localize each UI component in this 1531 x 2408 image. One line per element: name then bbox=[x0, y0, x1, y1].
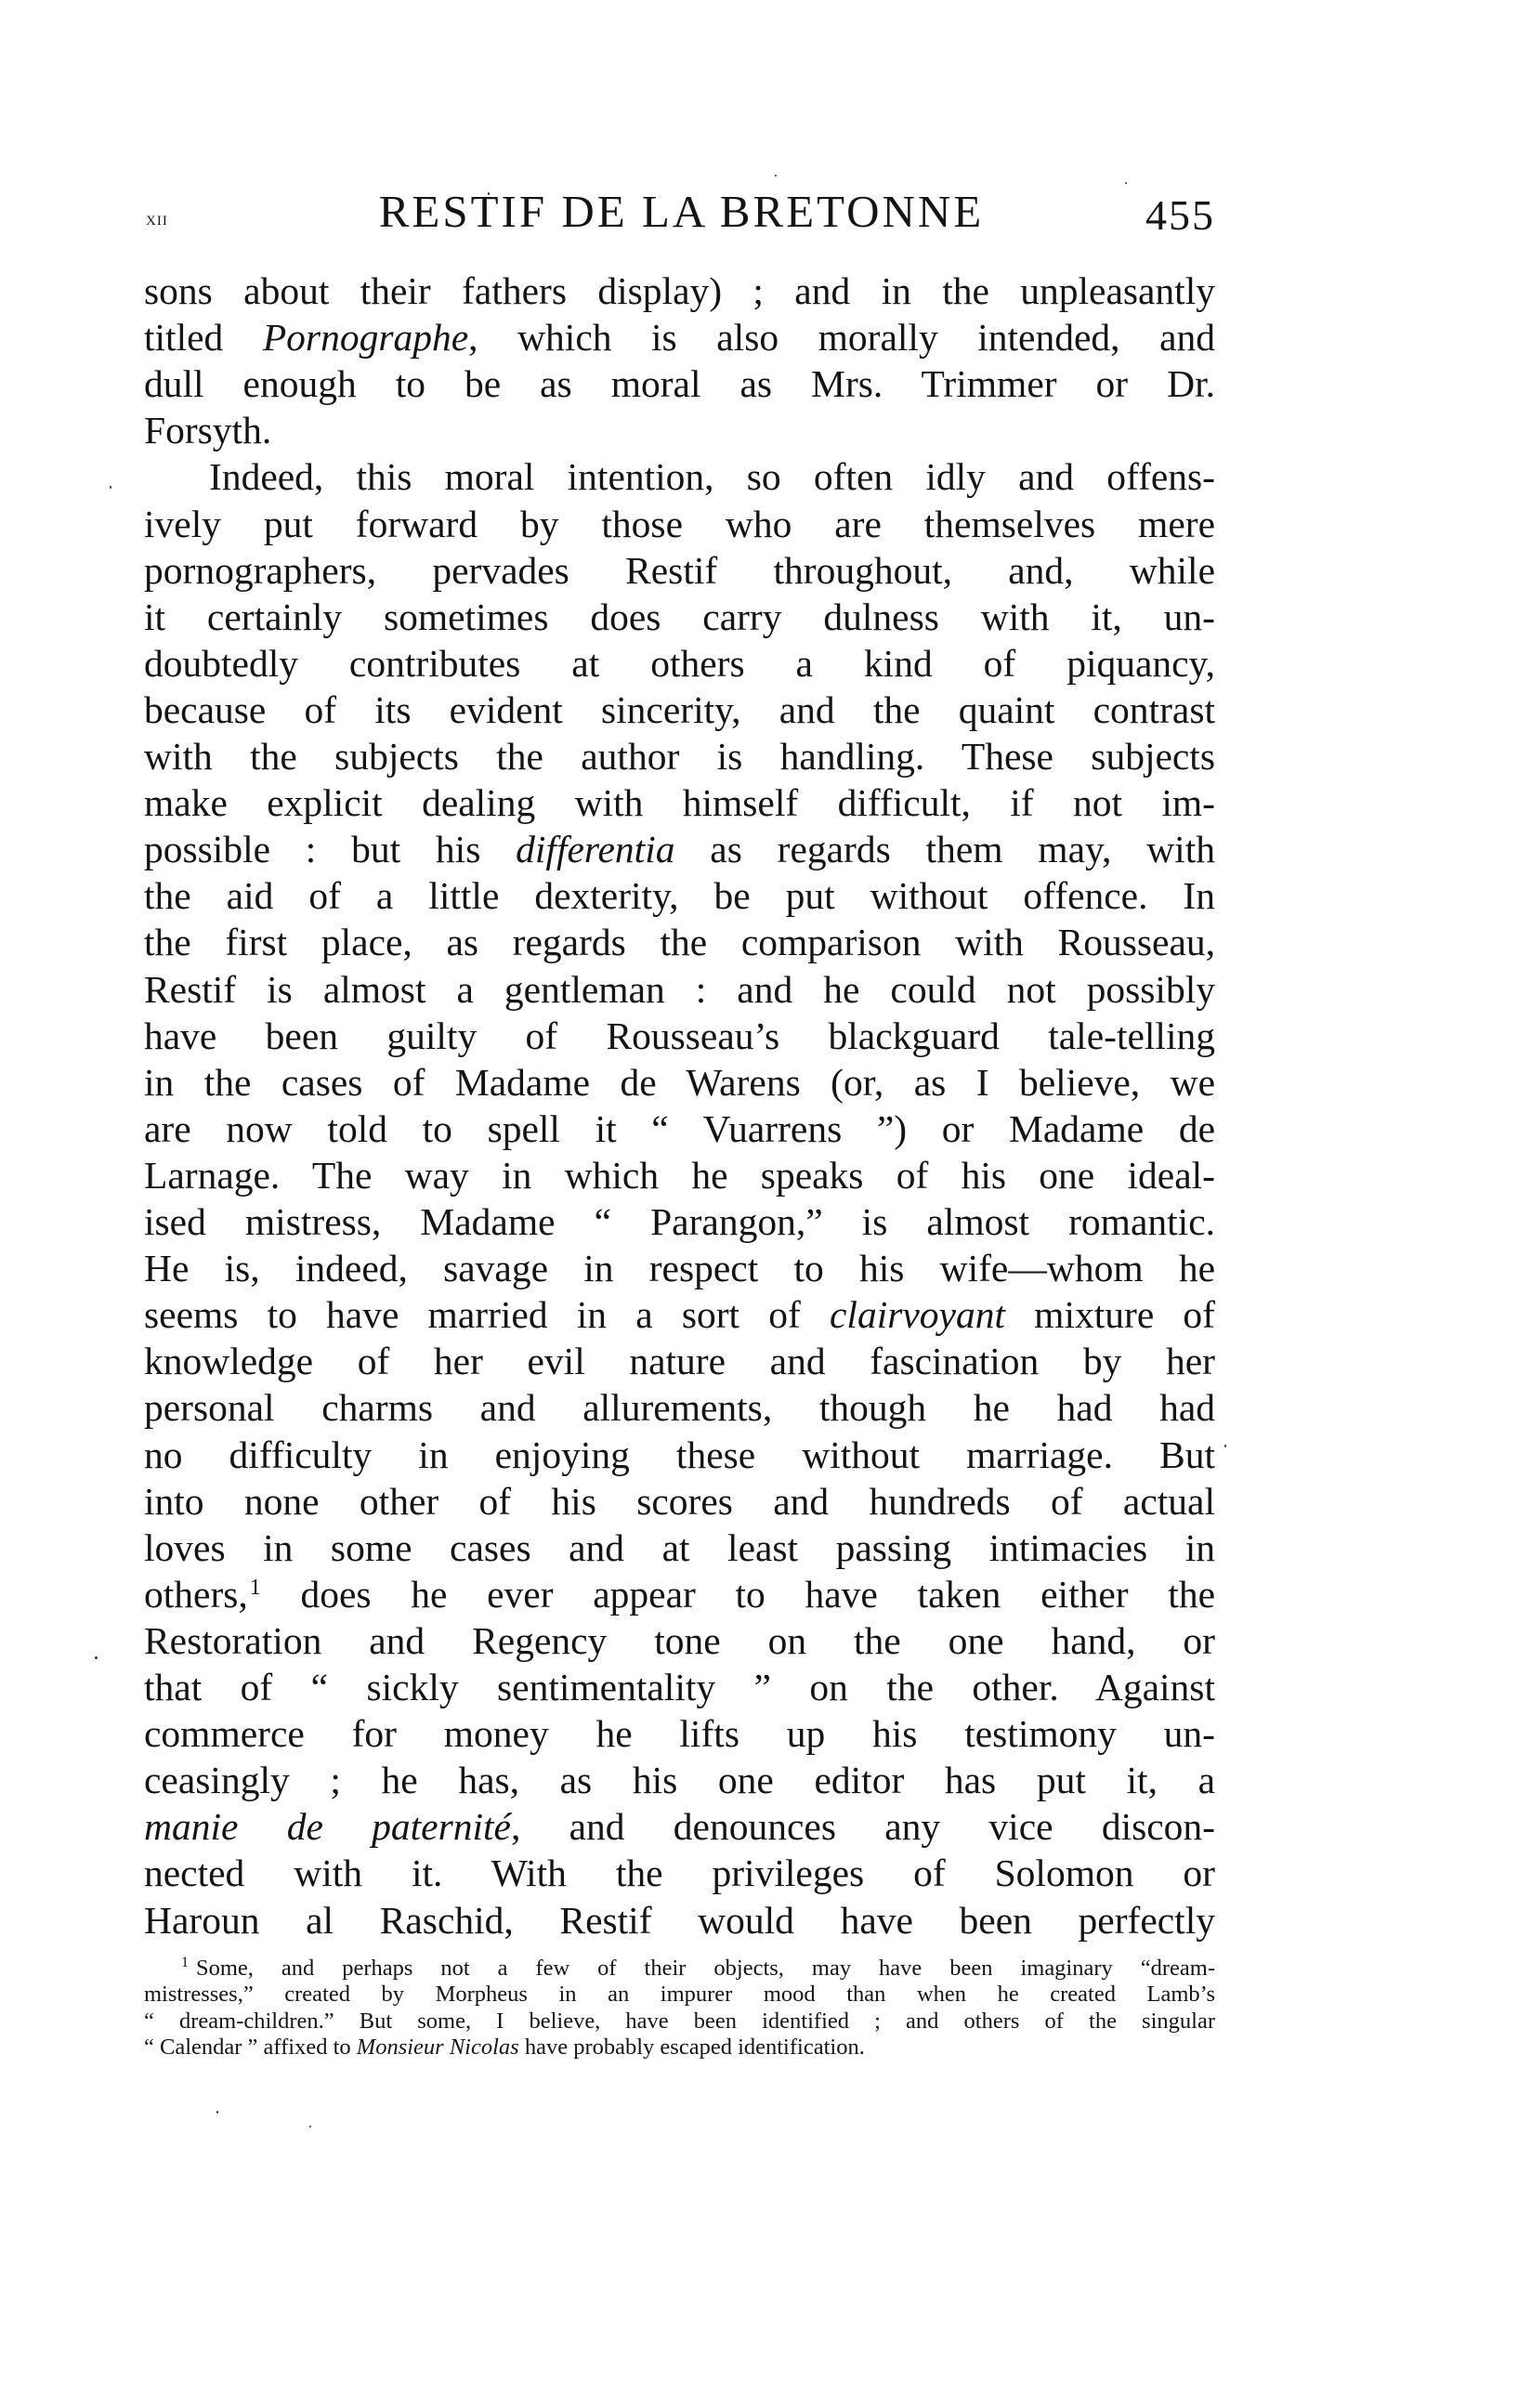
text-run: pornographers, pervades Restif throughou… bbox=[144, 549, 1215, 592]
print-speck bbox=[309, 2126, 311, 2127]
footnote-marker: 1 bbox=[181, 1955, 189, 1970]
text-run: titled bbox=[144, 316, 263, 359]
text-line: sons about their fathers display) ; and … bbox=[144, 268, 1215, 314]
text-line: Restif is almost a gentleman : and he co… bbox=[144, 966, 1215, 1013]
text-line: Restoration and Regency tone on the one … bbox=[144, 1617, 1215, 1664]
print-speck bbox=[110, 486, 111, 489]
text-run: the aid of a little dexterity, be put wi… bbox=[144, 874, 1215, 917]
text-line: seems to have married in a sort of clair… bbox=[144, 1291, 1215, 1338]
text-run: are now told to spell it “ Vuarrens ”) o… bbox=[144, 1107, 1215, 1150]
book-page: XII RESTIF DE LA BRETONNE 455 sons about… bbox=[0, 0, 1531, 2408]
text-line: He is, indeed, savage in respect to his … bbox=[144, 1245, 1215, 1291]
text-run: “ Calendar ” affixed to bbox=[144, 2035, 357, 2060]
text-run: that of “ sickly sentimentality ” on the… bbox=[144, 1666, 1215, 1708]
text-run: does he ever appear to have taken either… bbox=[261, 1573, 1215, 1616]
text-line: Haroun al Raschid, Restif would have bee… bbox=[144, 1897, 1215, 1943]
text-line: Forsyth. bbox=[144, 407, 1215, 453]
text-run: Indeed, this moral intention, so often i… bbox=[209, 455, 1215, 498]
italic-text: Monsieur Nicolas bbox=[357, 2035, 519, 2060]
text-run: loves in some cases and at least passing… bbox=[144, 1526, 1215, 1569]
text-run: sons about their fathers display) ; and … bbox=[144, 269, 1215, 312]
text-run: the first place, as regards the comparis… bbox=[144, 921, 1215, 963]
running-title: RESTIF DE LA BRETONNE bbox=[144, 186, 1215, 238]
text-run: seems to have married in a sort of bbox=[144, 1293, 830, 1336]
text-line: Larnage. The way in which he speaks of h… bbox=[144, 1152, 1215, 1198]
text-run: in the cases of Madame de Warens (or, as… bbox=[144, 1061, 1215, 1104]
text-line: make explicit dealing with himself diffi… bbox=[144, 779, 1215, 826]
footnote-line: “ Calendar ” affixed to Monsieur Nicolas… bbox=[144, 2035, 1215, 2061]
print-speck bbox=[1125, 182, 1127, 184]
text-run: ceasingly ; he has, as his one editor ha… bbox=[144, 1759, 1215, 1801]
text-line: that of “ sickly sentimentality ” on the… bbox=[144, 1664, 1215, 1710]
text-line: it certainly sometimes does carry dulnes… bbox=[144, 594, 1215, 640]
text-run: make explicit dealing with himself diffi… bbox=[144, 781, 1215, 824]
text-run: Forsyth. bbox=[144, 409, 271, 451]
print-speck bbox=[216, 2111, 218, 2114]
text-run: ised mistress, Madame “ Parangon,” is al… bbox=[144, 1200, 1215, 1243]
italic-text: Pornographe bbox=[263, 316, 468, 359]
text-line: dull enough to be as moral as Mrs. Trimm… bbox=[144, 360, 1215, 407]
text-run: it certainly sometimes does carry dulnes… bbox=[144, 595, 1215, 638]
print-speck bbox=[775, 175, 777, 177]
text-run: personal charms and allurements, though … bbox=[144, 1386, 1215, 1429]
italic-text: manie de paternité bbox=[144, 1805, 511, 1848]
text-run: no difficulty in enjoying these without … bbox=[144, 1433, 1215, 1476]
text-run: commerce for money he lifts up his testi… bbox=[144, 1712, 1215, 1755]
text-line: loves in some cases and at least passing… bbox=[144, 1525, 1215, 1571]
footnote-line: mistresses,” created by Morpheus in an i… bbox=[144, 1982, 1215, 2009]
text-run: Haroun al Raschid, Restif would have bee… bbox=[144, 1899, 1215, 1942]
text-line: are now told to spell it “ Vuarrens ”) o… bbox=[144, 1106, 1215, 1152]
text-run: ively put forward by those who are thems… bbox=[144, 503, 1215, 545]
print-speck bbox=[95, 1656, 98, 1659]
print-speck bbox=[488, 192, 490, 195]
text-line: manie de paternité, and denounces any vi… bbox=[144, 1803, 1215, 1850]
footnote-reference[interactable]: 1 bbox=[250, 1576, 261, 1600]
italic-text: clairvoyant bbox=[830, 1293, 1005, 1336]
text-run: dull enough to be as moral as Mrs. Trimm… bbox=[144, 362, 1215, 405]
text-run: Restoration and Regency tone on the one … bbox=[144, 1619, 1215, 1662]
text-line: no difficulty in enjoying these without … bbox=[144, 1432, 1215, 1478]
text-line: titled Pornographe, which is also morall… bbox=[144, 314, 1215, 360]
text-line: the first place, as regards the comparis… bbox=[144, 919, 1215, 965]
text-line: ively put forward by those who are thems… bbox=[144, 501, 1215, 547]
text-run: possible : but his bbox=[144, 828, 516, 870]
text-run: have been guilty of Rousseau’s blackguar… bbox=[144, 1014, 1215, 1057]
text-run: as regards them may, with bbox=[675, 828, 1216, 870]
text-run: knowledge of her evil nature and fascina… bbox=[144, 1340, 1215, 1382]
text-run: have probably escaped identification. bbox=[519, 2035, 865, 2060]
text-run: because of its evident sincerity, and th… bbox=[144, 688, 1215, 731]
text-run: with the subjects the author is handling… bbox=[144, 735, 1215, 778]
text-line: ised mistress, Madame “ Parangon,” is al… bbox=[144, 1198, 1215, 1245]
text-run: Larnage. The way in which he speaks of h… bbox=[144, 1154, 1215, 1197]
footnote-line: 1Some, and perhaps not a few of their ob… bbox=[144, 1956, 1215, 1983]
text-run: into none other of his scores and hundre… bbox=[144, 1480, 1215, 1523]
running-header: XII RESTIF DE LA BRETONNE 455 bbox=[144, 184, 1215, 240]
text-run: He is, indeed, savage in respect to his … bbox=[144, 1247, 1215, 1289]
text-line: commerce for money he lifts up his testi… bbox=[144, 1710, 1215, 1757]
text-line: ceasingly ; he has, as his one editor ha… bbox=[144, 1757, 1215, 1803]
footnote-line: “ dream-children.” But some, I believe, … bbox=[144, 2009, 1215, 2035]
text-run: , which is also morally intended, and bbox=[468, 316, 1215, 359]
text-run: “ dream-children.” But some, I believe, … bbox=[144, 2009, 1215, 2034]
text-line: nected with it. With the privileges of S… bbox=[144, 1850, 1215, 1896]
text-line: others,1 does he ever appear to have tak… bbox=[144, 1571, 1215, 1617]
text-run: , and denounces any vice discon- bbox=[511, 1805, 1215, 1848]
text-line: doubtedly contributes at others a kind o… bbox=[144, 640, 1215, 687]
text-line: because of its evident sincerity, and th… bbox=[144, 687, 1215, 733]
text-line: possible : but his differentia as regard… bbox=[144, 826, 1215, 872]
text-run: Some, and perhaps not a few of their obj… bbox=[196, 1956, 1215, 1981]
text-line: into none other of his scores and hundre… bbox=[144, 1478, 1215, 1525]
text-run: others, bbox=[144, 1573, 248, 1616]
text-line: pornographers, pervades Restif throughou… bbox=[144, 547, 1215, 594]
text-line: personal charms and allurements, though … bbox=[144, 1384, 1215, 1431]
print-speck bbox=[1224, 1445, 1226, 1447]
text-line: with the subjects the author is handling… bbox=[144, 733, 1215, 779]
text-run: Restif is almost a gentleman : and he co… bbox=[144, 968, 1215, 1011]
page-number: 455 bbox=[1145, 190, 1215, 242]
text-line: the aid of a little dexterity, be put wi… bbox=[144, 872, 1215, 919]
text-run: mixture of bbox=[1005, 1293, 1215, 1336]
text-run: doubtedly contributes at others a kind o… bbox=[144, 642, 1215, 685]
text-run: nected with it. With the privileges of S… bbox=[144, 1852, 1215, 1894]
italic-text: differentia bbox=[516, 828, 674, 870]
text-run: mistresses,” created by Morpheus in an i… bbox=[144, 1982, 1215, 2007]
text-line: have been guilty of Rousseau’s blackguar… bbox=[144, 1013, 1215, 1059]
text-line: Indeed, this moral intention, so often i… bbox=[144, 453, 1215, 500]
text-line: knowledge of her evil nature and fascina… bbox=[144, 1338, 1215, 1384]
text-line: in the cases of Madame de Warens (or, as… bbox=[144, 1059, 1215, 1106]
